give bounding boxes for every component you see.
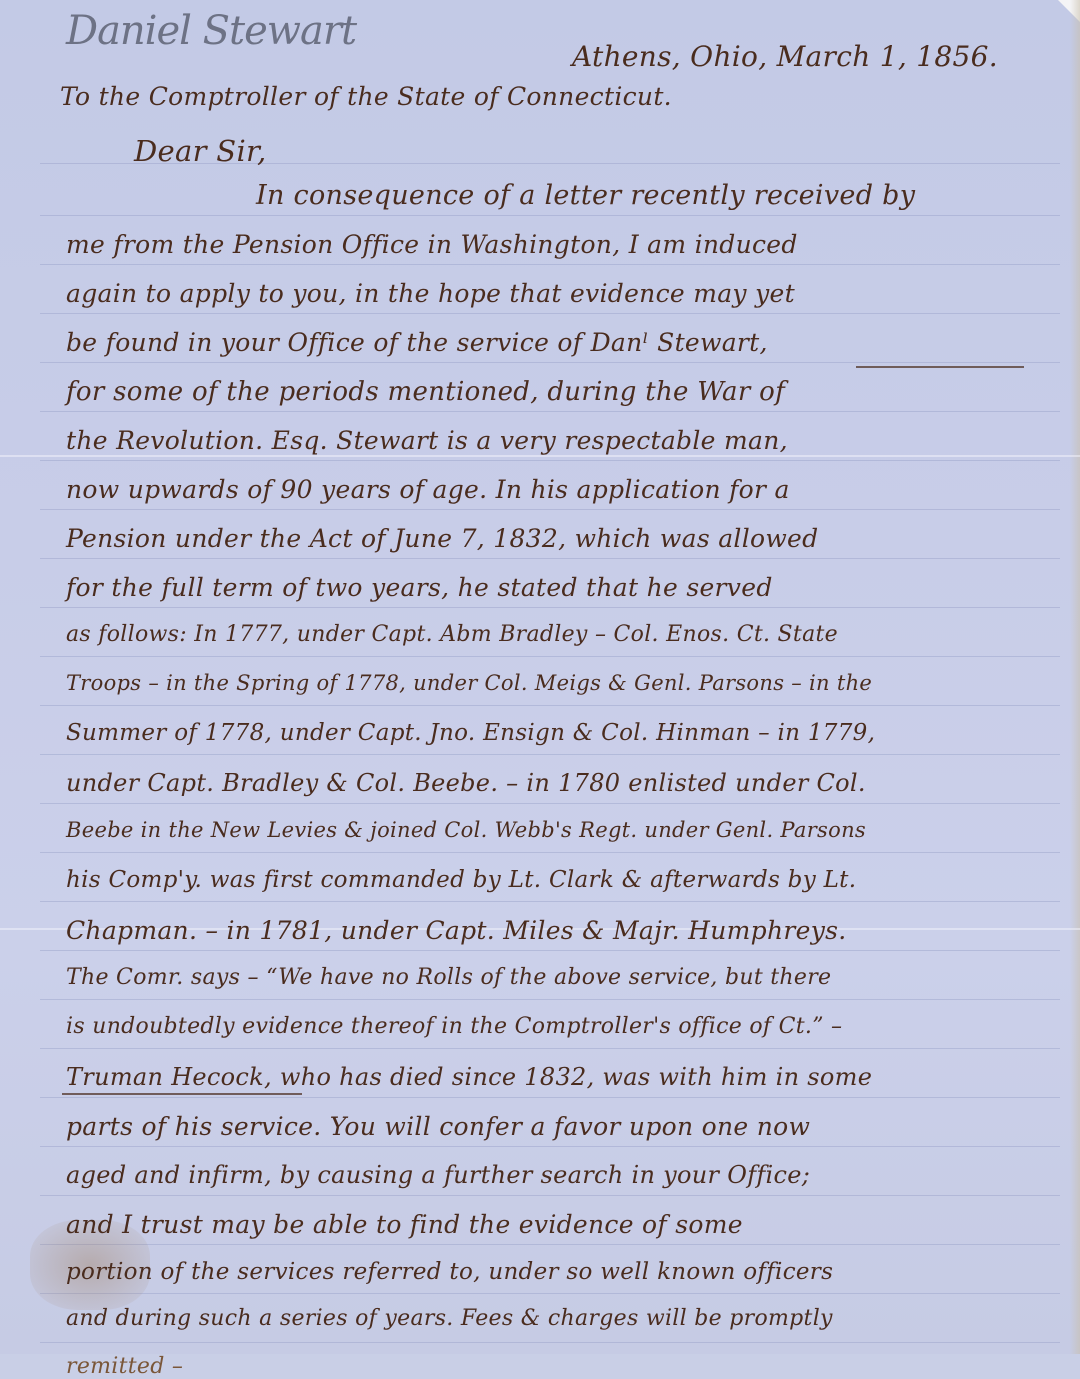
- body-line: be found in your Office of the service o…: [66, 328, 768, 357]
- body-line: as follows: In 1777, under Capt. Abm Bra…: [66, 622, 838, 647]
- body-line: Beebe in the New Levies & joined Col. We…: [66, 818, 866, 842]
- body-line: and during such a series of years. Fees …: [66, 1306, 833, 1331]
- fold-crease: [0, 455, 1080, 457]
- body-line: In consequence of a letter recently rece…: [256, 180, 915, 211]
- body-line: Pension under the Act of June 7, 1832, w…: [66, 524, 818, 553]
- body-line: aged and infirm, by causing a further se…: [66, 1161, 810, 1189]
- paper-edge: [1070, 0, 1080, 1354]
- body-line: me from the Pension Office in Washington…: [66, 230, 798, 259]
- ruled-line: [40, 1244, 1060, 1245]
- body-line: his Comp'y. was first commanded by Lt. C…: [66, 867, 856, 893]
- body-line-text: be found in your Office of the service o…: [66, 328, 768, 357]
- body-line: under Capt. Bradley & Col. Beebe. – in 1…: [66, 769, 866, 797]
- ruled-line: [40, 705, 1060, 706]
- ruled-line: [40, 999, 1060, 1000]
- body-line: Summer of 1778, under Capt. Jno. Ensign …: [66, 720, 875, 746]
- ruled-line: [40, 607, 1060, 608]
- body-line: now upwards of 90 years of age. In his a…: [66, 475, 790, 504]
- dateline: Athens, Ohio, March 1, 1856.: [572, 40, 998, 73]
- ruled-line: [40, 852, 1060, 853]
- ruled-line: [40, 215, 1060, 216]
- ruled-line: [40, 411, 1060, 412]
- ruled-line: [40, 509, 1060, 510]
- ruled-line: [40, 558, 1060, 559]
- ruled-line: [40, 460, 1060, 461]
- underline-name: [856, 366, 1024, 368]
- body-line: and I trust may be able to find the evid…: [66, 1210, 743, 1239]
- underline-name: [62, 1093, 302, 1095]
- ruled-line: [40, 1048, 1060, 1049]
- ruled-line: [40, 1146, 1060, 1147]
- ruled-line: [40, 950, 1060, 951]
- body-line: The Comr. says – “We have no Rolls of th…: [66, 965, 831, 990]
- ruled-line: [40, 1097, 1060, 1098]
- body-line: for some of the periods mentioned, durin…: [66, 377, 785, 407]
- ruled-line: [40, 901, 1060, 902]
- addressee: To the Comptroller of the State of Conne…: [60, 82, 672, 111]
- ruled-line: [40, 1195, 1060, 1196]
- ruled-line: [40, 656, 1060, 657]
- salutation: Dear Sir,: [134, 134, 267, 168]
- body-line: portion of the services referred to, und…: [66, 1259, 833, 1285]
- body-line: Chapman. – in 1781, under Capt. Miles & …: [66, 916, 847, 945]
- ruled-line: [40, 1293, 1060, 1294]
- ruled-line: [40, 264, 1060, 265]
- body-line: the Revolution. Esq. Stewart is a very r…: [66, 426, 788, 455]
- letter-page: Daniel Stewart Athens, Ohio, March 1, 18…: [0, 0, 1080, 1354]
- body-line: for the full term of two years, he state…: [66, 573, 773, 602]
- ruled-line: [40, 803, 1060, 804]
- body-line: Troops – in the Spring of 1778, under Co…: [66, 671, 872, 695]
- body-line: again to apply to you, in the hope that …: [66, 279, 795, 308]
- body-line: parts of his service. You will confer a …: [66, 1112, 810, 1141]
- pencil-annotation: Daniel Stewart: [66, 8, 356, 54]
- ruled-line: [40, 313, 1060, 314]
- body-line: is undoubtedly evidence thereof in the C…: [66, 1014, 842, 1039]
- ruled-line: [40, 1342, 1060, 1343]
- body-line: Truman Hecock, who has died since 1832, …: [66, 1063, 872, 1091]
- ruled-line: [40, 754, 1060, 755]
- ruled-line: [40, 362, 1060, 363]
